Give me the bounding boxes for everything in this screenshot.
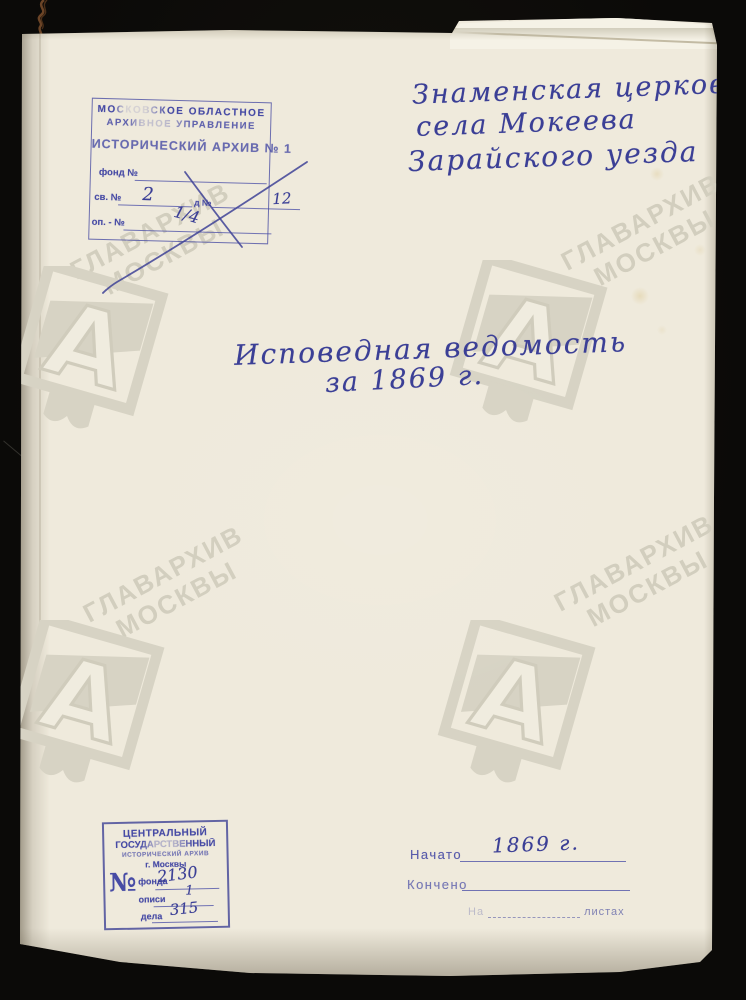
paper-spine-shadow [18,24,50,968]
number-sign: № [109,868,137,898]
paper-bottom-shadow [18,928,718,978]
pen-cross-out [85,148,325,303]
glavarkhiv-logo-icon: А [5,620,165,806]
scan-background: ГЛАВАРХИВ МОСКВЫ ГЛАВАРХИВ МОСКВЫ ГЛАВАР… [0,0,746,1000]
church-title-line1: Знаменская церковь [412,68,744,111]
opisi-label: описи [138,894,165,905]
dela-line [152,921,218,924]
paper-top-shadow [20,28,718,40]
finished-label: Кончено [407,877,468,892]
sheets-field: На листах [468,905,625,918]
central-archive-stamp: ЦЕНТРАЛЬНЫЙ ГОСУДАРСТВЕННЫЙ ИСТОРИЧЕСКИЙ… [102,820,230,931]
paper-right-shadow [704,20,718,972]
church-title-line2: села Мокеева [416,104,638,143]
dela-value: 315 [169,898,199,919]
finished-line [462,890,630,891]
glavarkhiv-logo-icon: А [436,620,596,806]
opisi-value: 1 [185,883,194,898]
sheets-prefix: На [468,906,484,918]
started-value: 1869 г. [492,830,581,857]
started-label: Начато [410,847,462,862]
started-line [460,861,626,862]
binding-thread-icon [28,0,62,38]
document-cover: ГЛАВАРХИВ МОСКВЫ ГЛАВАРХИВ МОСКВЫ ГЛАВАР… [0,0,746,1000]
sheets-suffix: листах [584,906,625,918]
stamp-org-line2: АРХИВНОЕ УПРАВЛЕНИЕ [92,117,270,133]
sheets-line [488,905,580,918]
dela-label: дела [141,911,163,921]
